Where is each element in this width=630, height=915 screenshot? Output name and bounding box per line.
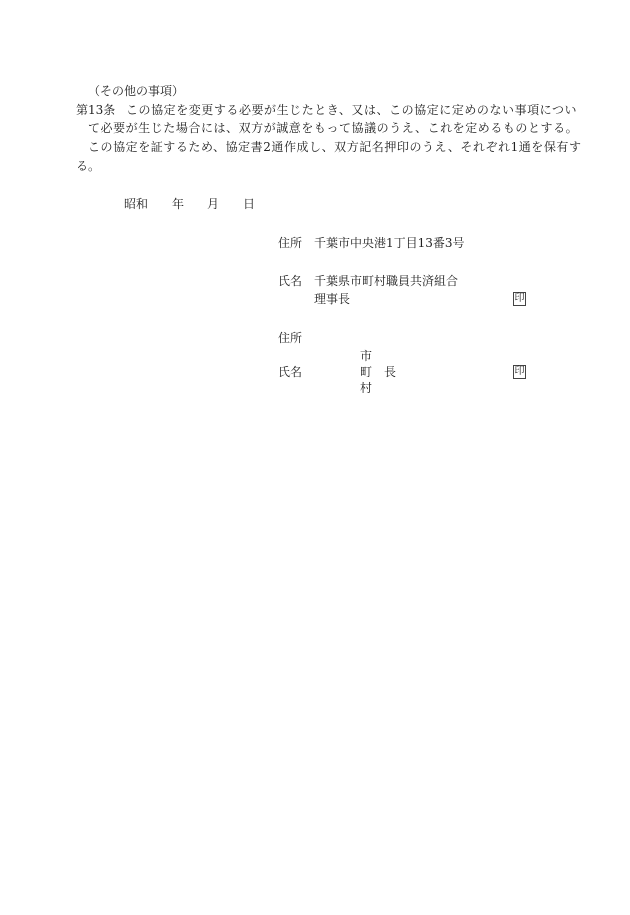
section-heading: （その他の事項） xyxy=(88,84,184,98)
date-day-label: 日 xyxy=(243,197,255,211)
party-2-choice-village: 村 xyxy=(360,381,372,395)
party-2-choice-city: 市 xyxy=(360,349,372,363)
date-year-label: 年 xyxy=(172,197,184,211)
party-1-address-label: 住所 xyxy=(278,236,302,250)
party-2-name-label: 氏名 xyxy=(278,365,302,379)
party-2-address-label: 住所 xyxy=(278,331,302,345)
date-month-label: 月 xyxy=(207,197,219,211)
party-1-seal-mark: 印 xyxy=(513,292,526,306)
article-text-line-4: る。 xyxy=(76,159,100,173)
article-text-line-2: て必要が生じた場合には、双方が誠意をもって協議のうえ、これを定めるものとする。 xyxy=(88,121,578,135)
date-era: 昭和 xyxy=(124,197,148,211)
article-text-line-3: この協定を証するため、協定書2通作成し、双方記名押印のうえ、それぞれ1通を保有す xyxy=(88,140,582,154)
party-1-title: 理事長 xyxy=(314,292,350,306)
party-1-address-value: 千葉市中央港1丁目13番3号 xyxy=(314,236,465,250)
party-1-name-value: 千葉県市町村職員共済組合 xyxy=(314,274,458,288)
article-number: 第13条 xyxy=(76,103,115,117)
party-1-name-label: 氏名 xyxy=(278,274,302,288)
party-2-choice-town: 町 xyxy=(360,365,372,379)
article-text-line-1: この協定を変更する必要が生じたとき、又は、この協定に定めのない事項につい xyxy=(126,103,577,117)
party-2-title: 長 xyxy=(384,365,396,379)
party-2-seal-mark: 印 xyxy=(513,365,526,379)
